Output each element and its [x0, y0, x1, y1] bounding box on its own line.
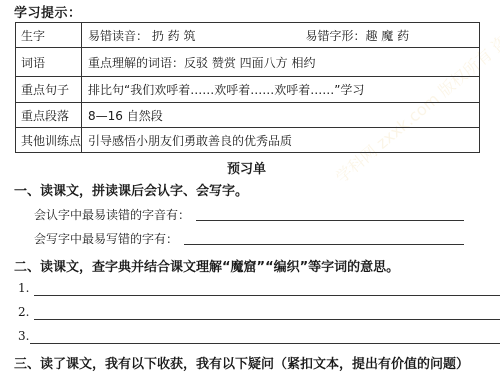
table-row: 其他训练点 引导感悟小朋友们勇敢善良的优秀品质 [16, 128, 480, 153]
row-content: 重点理解的词语：反驳 赞赏 四面八方 相约 [82, 48, 480, 77]
answer-line-1[interactable] [34, 295, 500, 296]
section-1-heading: 一、读课文，拼读课后会认字、会写字。 [14, 180, 248, 199]
section-1-item-label: 会写字中最易写错的字有： [34, 230, 178, 247]
answer-line-3[interactable] [30, 343, 500, 344]
row-label: 其他训练点 [16, 128, 82, 153]
section-1-item-label: 会认字中最易读错的字音有： [34, 206, 190, 223]
study-tips-table: 生字 易错读音： 扔 药 筑易错字形：趣 魔 药 词语 重点理解的词语：反驳 赞… [15, 22, 480, 153]
table-row: 词语 重点理解的词语：反驳 赞赏 四面八方 相约 [16, 48, 480, 77]
section-2-heading: 二、读课文，查字典并结合课文理解“魔窟”“编织”等字词的意思。 [14, 256, 399, 275]
page-title: 学习提示： [14, 2, 82, 21]
row-content: 易错读音： 扔 药 筑易错字形：趣 魔 药 [82, 23, 480, 48]
line-number: 2. [18, 305, 29, 319]
row-label: 重点句子 [16, 77, 82, 103]
answer-line-2[interactable] [34, 319, 500, 320]
writing-answer-line[interactable] [184, 244, 464, 245]
line-number: 3. [18, 329, 29, 343]
row-label: 重点段落 [16, 103, 82, 128]
row-label: 生字 [16, 23, 82, 48]
line-number: 1. [18, 281, 29, 295]
row-label: 词语 [16, 48, 82, 77]
pronunciation-note: 易错读音： 扔 药 筑 [88, 29, 195, 43]
pronunciation-answer-line[interactable] [196, 220, 464, 221]
row-content: 8—16 自然段 [82, 103, 480, 128]
row-content: 排比句“我们欢呼着……欢呼着……欢呼着……”学习 [82, 77, 480, 103]
table-row: 重点句子 排比句“我们欢呼着……欢呼着……欢呼着……”学习 [16, 77, 480, 103]
glyph-note: 易错字形：趣 魔 药 [305, 29, 409, 43]
section-3-heading: 三、读了课文，我有以下收获，我有以下疑问（紧扣文本，提出有价值的问题） [14, 353, 469, 372]
worksheet-title: 预习单 [227, 158, 266, 177]
table-row: 重点段落 8—16 自然段 [16, 103, 480, 128]
table-row: 生字 易错读音： 扔 药 筑易错字形：趣 魔 药 [16, 23, 480, 48]
row-content: 引导感悟小朋友们勇敢善良的优秀品质 [82, 128, 480, 153]
